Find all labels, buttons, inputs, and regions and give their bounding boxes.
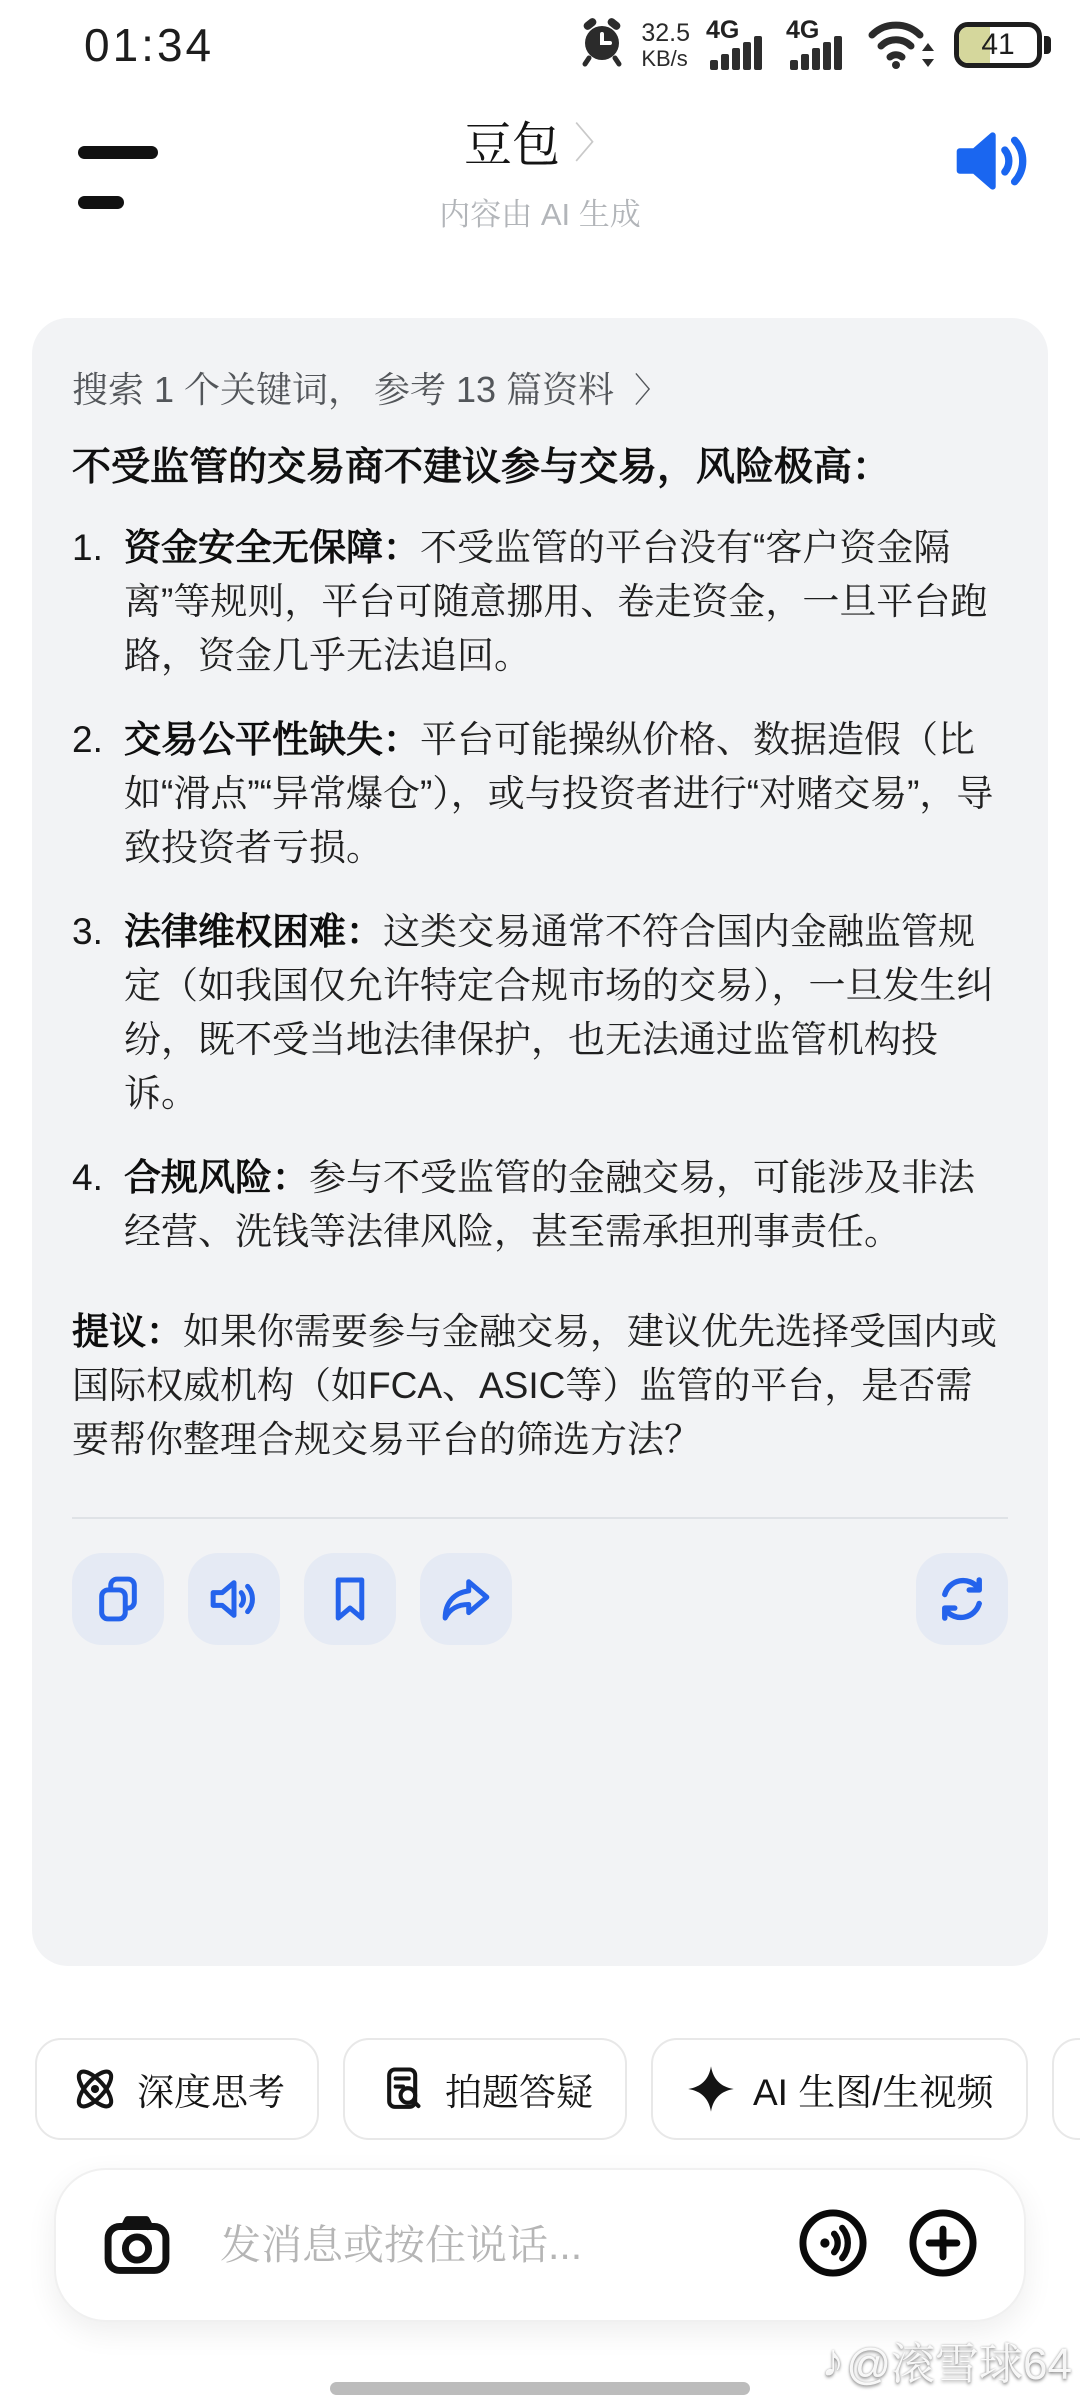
message-actions bbox=[72, 1553, 1008, 1645]
signal-bars-icon-sim2: 4G bbox=[786, 18, 850, 72]
regenerate-button[interactable] bbox=[916, 1553, 1008, 1645]
list-item: 1. 资金安全无保障：不受监管的平台没有“客户资金隔离”等规则，平台可随意挪用、… bbox=[72, 521, 1008, 683]
status-bar: 01:34 32.5 KB/s 4G 4G bbox=[0, 0, 1080, 90]
read-aloud-button[interactable] bbox=[188, 1553, 280, 1645]
alarm-clock-icon bbox=[579, 18, 625, 73]
bot-title[interactable]: 豆包 〉 bbox=[464, 106, 616, 175]
divider bbox=[72, 1517, 1008, 1519]
watermark: ♪ @滚雪球64 bbox=[821, 2328, 1072, 2392]
doubao-chat-screen: 01:34 32.5 KB/s 4G 4G bbox=[0, 0, 1080, 2400]
chip-deep-thinking[interactable]: 深度思考 bbox=[35, 2038, 319, 2140]
chip-partial[interactable] bbox=[1052, 2038, 1080, 2140]
share-button[interactable] bbox=[420, 1553, 512, 1645]
suggestion-paragraph: 提议：如果你需要参与金融交易，建议优先选择受国内或国际权威机构（如FCA、ASI… bbox=[72, 1305, 1008, 1467]
speaker-icon[interactable] bbox=[950, 122, 1028, 200]
list-item: 3. 法律维权困难：这类交易通常不符合国内金融监管规定（如我国仅允许特定合规市场… bbox=[72, 905, 1008, 1121]
douyin-note-icon: ♪ bbox=[821, 2333, 844, 2387]
battery-icon: 41 bbox=[954, 21, 1054, 69]
list-item: 2. 交易公平性缺失：平台可能操纵价格、数据造假（比如“滑点”“异常爆仓”），或… bbox=[72, 713, 1008, 875]
battery-percent: 41 bbox=[981, 28, 1014, 62]
risk-list: 1. 资金安全无保障：不受监管的平台没有“客户资金隔离”等规则，平台可随意挪用、… bbox=[72, 521, 1008, 1259]
plus-icon[interactable] bbox=[906, 2206, 980, 2285]
photo-question-icon bbox=[377, 2063, 429, 2115]
camera-icon[interactable] bbox=[100, 2208, 174, 2282]
speaker-icon bbox=[205, 1570, 263, 1628]
share-icon bbox=[437, 1570, 495, 1628]
list-item: 4. 合规风险：参与不受监管的金融交易，可能涉及非法经营、洗钱等法律风险，甚至需… bbox=[72, 1151, 1008, 1259]
search-references-link[interactable]: 搜索 1 个关键词， 参考 13 篇资料 〉 bbox=[72, 362, 1008, 413]
regenerate-icon bbox=[933, 1570, 991, 1628]
clock-time: 01:34 bbox=[84, 18, 214, 72]
message-input-bar bbox=[54, 2168, 1026, 2322]
chip-ai-image-video[interactable]: AI 生图/生视频 bbox=[651, 2038, 1028, 2140]
suggestion-chips: 深度思考 拍题答疑 AI 生图/生视频 bbox=[35, 2038, 1080, 2140]
bookmark-button[interactable] bbox=[304, 1553, 396, 1645]
chevron-right-icon: 〉 bbox=[574, 111, 616, 171]
wifi-icon bbox=[866, 17, 938, 74]
chevron-right-icon: 〉 bbox=[634, 363, 668, 412]
signal-bars-icon-sim1: 4G bbox=[706, 18, 770, 72]
sparkle-icon bbox=[685, 2063, 737, 2115]
message-title: 不受监管的交易商不建议参与交易，风险极高： bbox=[72, 441, 1008, 495]
chip-photo-question[interactable]: 拍题答疑 bbox=[343, 2038, 627, 2140]
network-speed: 32.5 KB/s bbox=[641, 20, 690, 69]
watermark-text: @滚雪球64 bbox=[846, 2328, 1072, 2392]
header: 豆包 〉 内容由 AI 生成 bbox=[0, 96, 1080, 226]
bookmark-icon bbox=[321, 1570, 379, 1628]
copy-icon bbox=[89, 1570, 147, 1628]
message-input[interactable] bbox=[218, 2221, 776, 2270]
home-indicator[interactable] bbox=[330, 2382, 750, 2395]
ai-generated-disclaimer: 内容由 AI 生成 bbox=[0, 189, 1080, 234]
copy-button[interactable] bbox=[72, 1553, 164, 1645]
voice-call-icon[interactable] bbox=[796, 2206, 870, 2285]
ai-message-card: 搜索 1 个关键词， 参考 13 篇资料 〉 不受监管的交易商不建议参与交易，风… bbox=[32, 318, 1048, 1966]
status-icons: 32.5 KB/s 4G 4G bbox=[579, 17, 1054, 74]
atom-icon bbox=[69, 2063, 121, 2115]
